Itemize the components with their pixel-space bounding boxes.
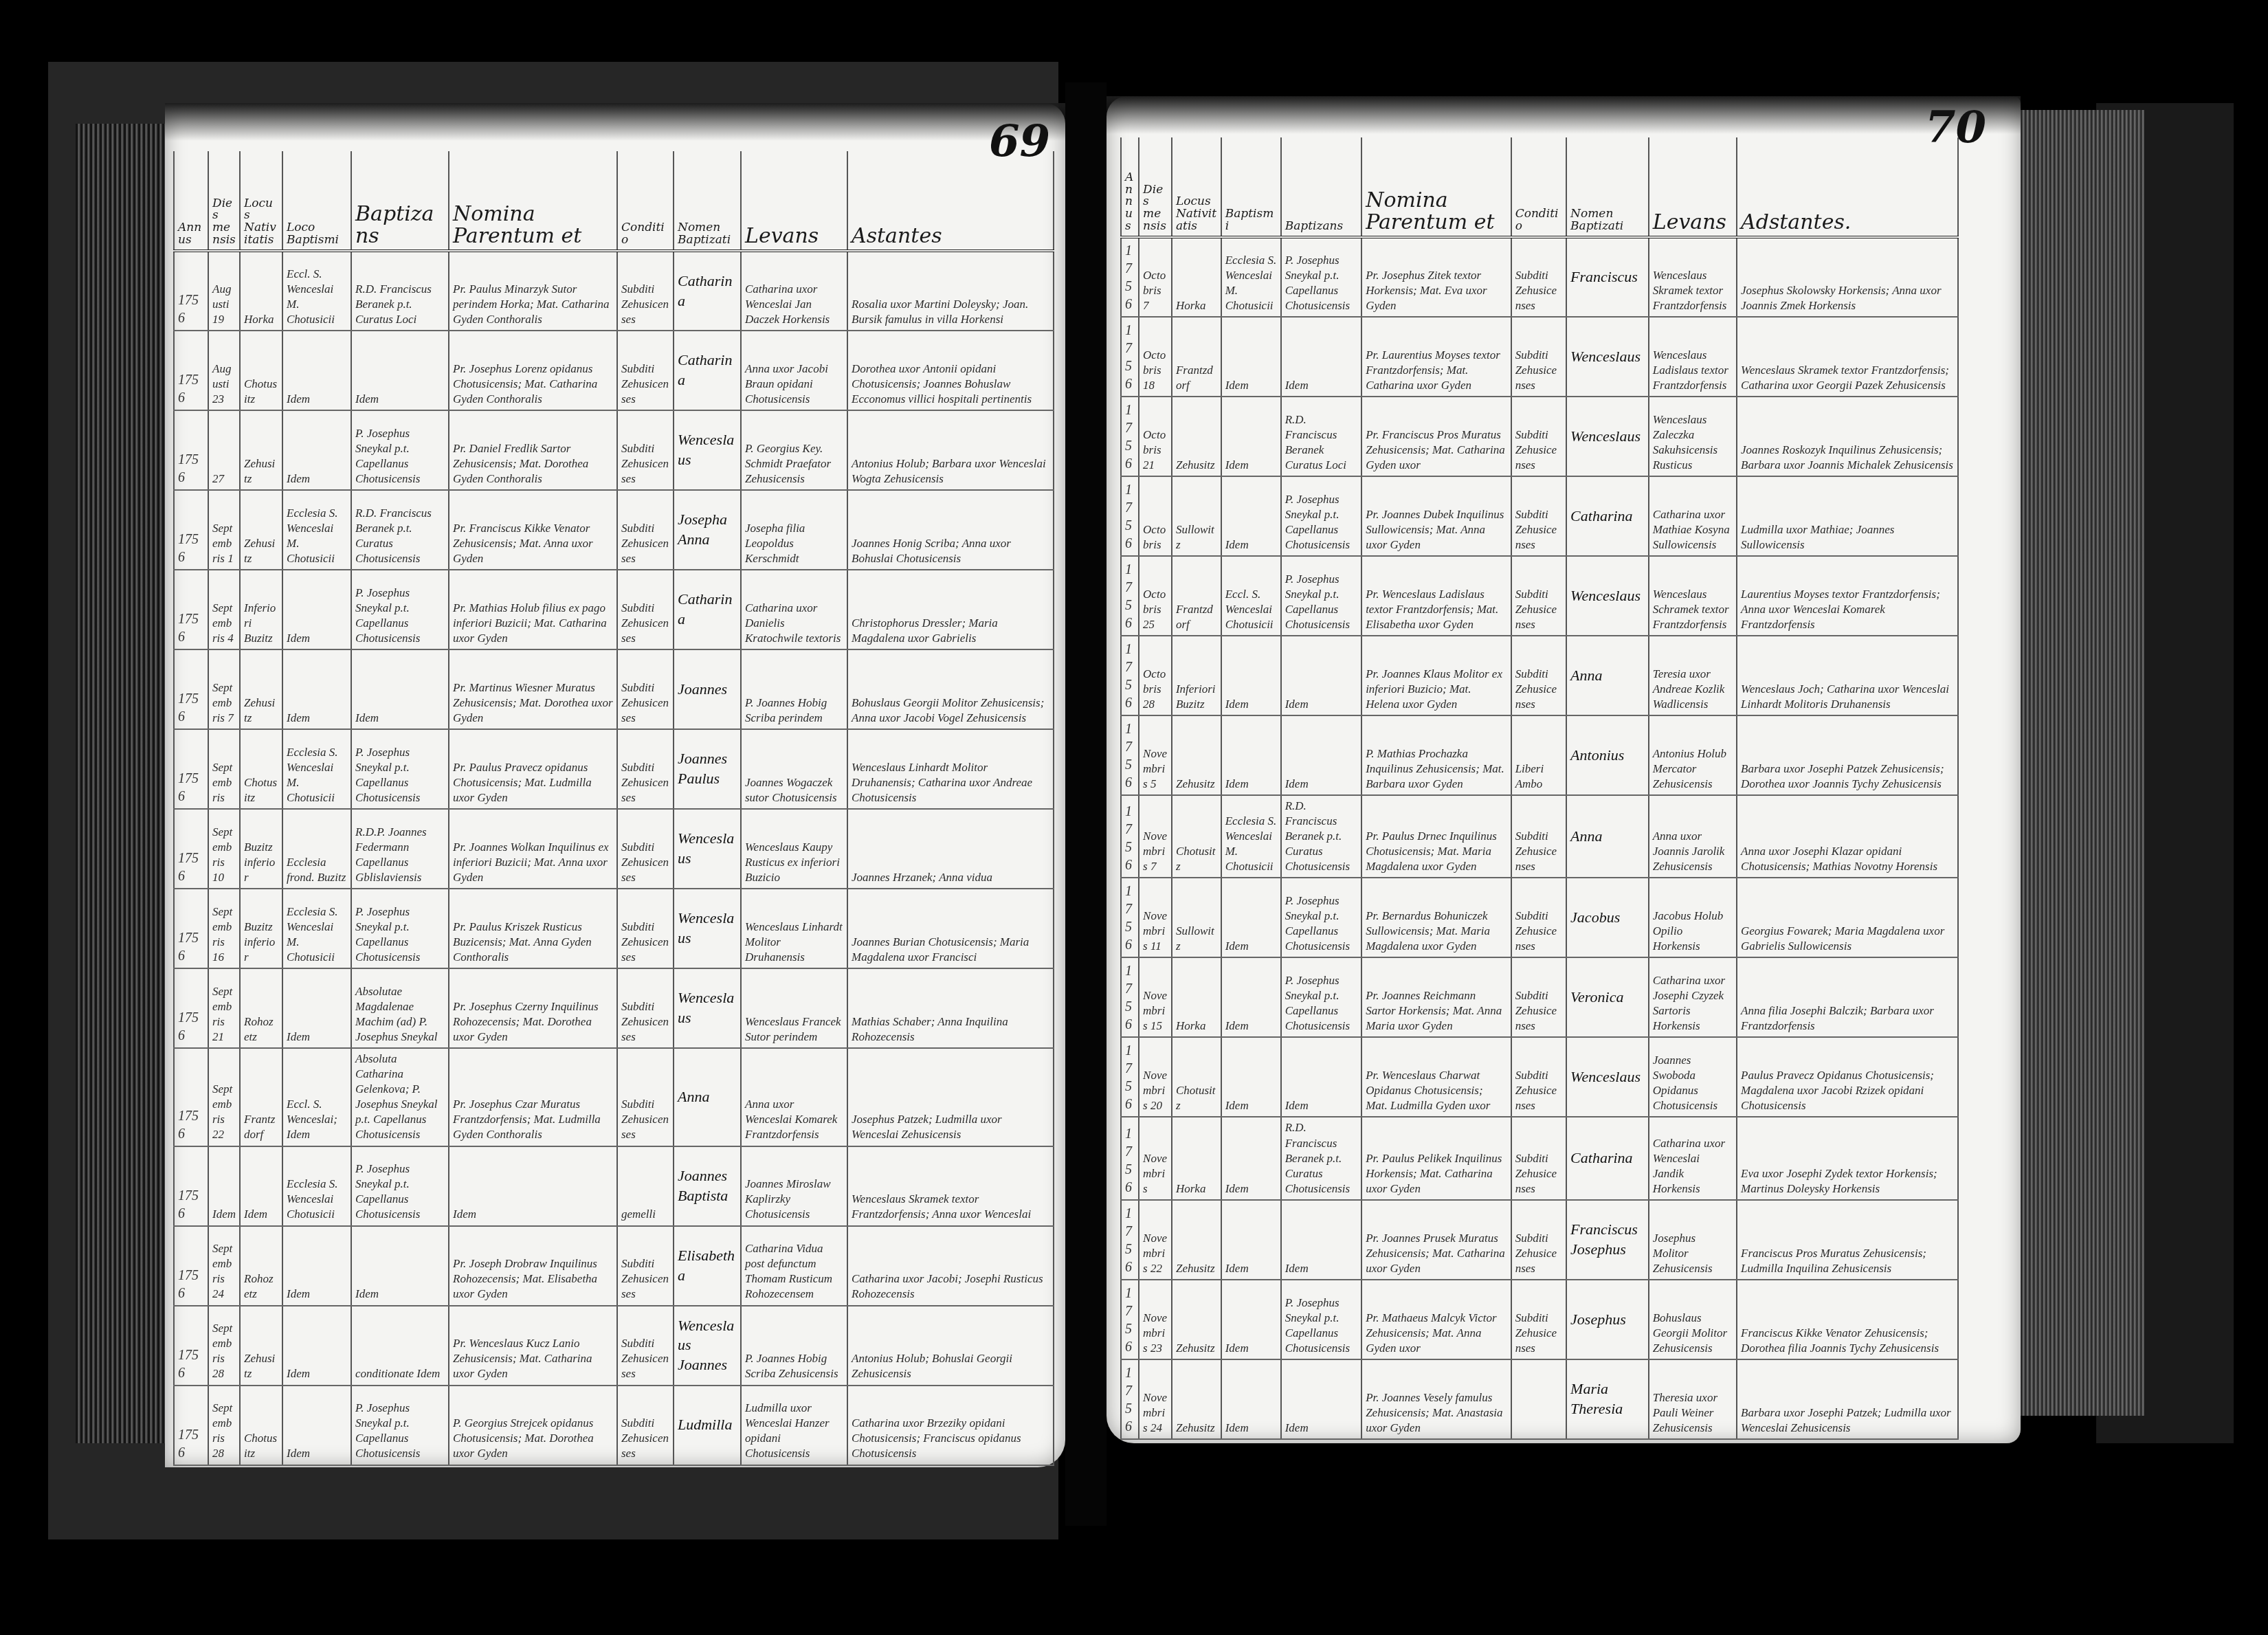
year-cell: 1756 — [174, 889, 208, 968]
birthplace-cell: Chotusitz — [1172, 795, 1221, 878]
godparent-cell: Catharina Vidua post defunctum Thomam Ru… — [741, 1226, 847, 1306]
table-row: 1756Septembris 22FrantzdorfEccl. S. Wenc… — [174, 1048, 1054, 1146]
table-row: 1756Septembris 10Buzitz inferiorEcclesia… — [174, 809, 1054, 889]
condition-cell: Subditi Zehusicenses — [617, 809, 674, 889]
year-cell: 1756 — [174, 1386, 208, 1465]
baptism-place-cell: Idem — [1221, 715, 1281, 795]
witnesses-cell: Mathias Schaber; Anna Inquilina Rohozece… — [847, 968, 1054, 1048]
table-row: 1756Octobris 7HorkaEcclesia S. Wenceslai… — [1121, 237, 1958, 317]
year-cell: 1756 — [174, 729, 208, 809]
birthplace-cell: Chotusitz — [1172, 1037, 1221, 1117]
witnesses-cell: Wenceslaus Linhardt Molitor Druhanensis;… — [847, 729, 1054, 809]
date-cell: Novembris 7 — [1139, 795, 1172, 878]
godparent-cell: Catharina uxor Danielis Kratochwile text… — [741, 570, 847, 649]
year-cell: 1756 — [1121, 1037, 1139, 1117]
godparent-cell: Theresia uxor Pauli Weiner Zehusicensis — [1649, 1359, 1737, 1439]
date-cell: Septembris 28 — [208, 1386, 240, 1465]
parents-cell: Pr. Joannes Vesely famulus Zehusicensis;… — [1361, 1359, 1511, 1439]
godparent-cell: P. Georgius Key. Schmidt Praefator Zehus… — [741, 410, 847, 490]
year-cell: 1756 — [174, 1306, 208, 1386]
child-name-cell: Anna — [1566, 636, 1649, 715]
year-cell: 1756 — [174, 331, 208, 410]
birthplace-cell: Horka — [1172, 1117, 1221, 1199]
year-cell: 1756 — [174, 410, 208, 490]
date-cell: Octobris 18 — [1139, 317, 1172, 397]
table-row: 1756SeptembrisChotusitzEcclesia S. Wence… — [174, 729, 1054, 809]
header-baptizans: Baptizans — [351, 151, 449, 251]
condition-cell: Subditi Zehusicenses — [617, 1048, 674, 1146]
year-cell: 1756 — [1121, 1359, 1139, 1439]
godparent-cell: Wenceslaus Kaupy Rusticus ex inferiori B… — [741, 809, 847, 889]
godparent-cell: Antonius Holub Mercator Zehusicensis — [1649, 715, 1737, 795]
godparent-cell: Anna uxor Joannis Jarolik Zehusicensis — [1649, 795, 1737, 878]
godparent-cell: P. Joannes Hobig Scriba perindem — [741, 649, 847, 729]
godparent-cell: Joannes Wogaczek sutor Chotusicensis — [741, 729, 847, 809]
baptism-place-cell: Idem — [282, 968, 351, 1048]
condition-cell: Subditi Zehusicenses — [617, 410, 674, 490]
year-cell: 1756 — [1121, 1200, 1139, 1280]
child-name-cell: Wenceslaus Joannes — [674, 1306, 741, 1386]
baptism-place-cell: Idem — [282, 1386, 351, 1465]
godparent-cell: Catharina uxor Wenceslai Jandik Horkensi… — [1649, 1117, 1737, 1199]
condition-cell: Subditi Zehusicenses — [617, 570, 674, 649]
birthplace-cell: Chotusitz — [240, 331, 282, 410]
parents-cell: Pr. Josephus Lorenz opidanus Chotusicens… — [449, 331, 617, 410]
witnesses-cell: Barbara uxor Josephi Patzek Zehusicensis… — [1737, 715, 1958, 795]
birthplace-cell: Zehusitz — [240, 490, 282, 570]
condition-cell: Subditi Zehusicenses — [617, 1226, 674, 1306]
table-row: 1756Octobris 25FrantzdorfEccl. S. Wences… — [1121, 556, 1958, 636]
baptizer-cell: P. Josephus Sneykal p.t. Capellanus Chot… — [1281, 556, 1361, 636]
date-cell: Septembris 28 — [208, 1306, 240, 1386]
baptism-place-cell: Ecclesia S. Wenceslai M. Chotusicii — [282, 490, 351, 570]
child-name-cell: Catharina — [674, 331, 741, 410]
header-conditio: Conditio — [617, 151, 674, 251]
godparent-cell: Catharina uxor Josephi Czyzek Sartoris H… — [1649, 957, 1737, 1037]
birthplace-cell: Zehusitz — [1172, 1280, 1221, 1359]
table-row: 1756Novembris 22ZehusitzIdemIdemPr. Joan… — [1121, 1200, 1958, 1280]
condition-cell: Subditi Zehusicenses — [1511, 317, 1566, 397]
parents-cell: Idem — [449, 1146, 617, 1226]
witnesses-cell: Anna uxor Josephi Klazar opidani Chotusi… — [1737, 795, 1958, 878]
baptism-place-cell: Idem — [1221, 957, 1281, 1037]
baptizer-cell: Absoluta Catharina Gelenkova; P. Josephu… — [351, 1048, 449, 1146]
table-row: 1756Augusti 23ChotusitzIdemIdemPr. Josep… — [174, 331, 1054, 410]
parents-cell: Pr. Paulus Minarzyk Sutor perindem Horka… — [449, 251, 617, 331]
table-row: 1756Augusti 19HorkaEccl. S. Wenceslai M.… — [174, 251, 1054, 331]
child-name-cell: Franciscus — [1566, 237, 1649, 317]
parents-cell: Pr. Paulus Drnec Inquilinus Chotusicensi… — [1361, 795, 1511, 878]
birthplace-cell: Frantzdorf — [240, 1048, 282, 1146]
date-cell: Septembris 4 — [208, 570, 240, 649]
condition-cell: Subditi Zehusicenses — [1511, 636, 1566, 715]
witnesses-cell: Dorothea uxor Antonii opidani Chotusicen… — [847, 331, 1054, 410]
witnesses-cell: Laurentius Moyses textor Frantzdorfensis… — [1737, 556, 1958, 636]
date-cell: Augusti 23 — [208, 331, 240, 410]
table-row: 1756Novembris 20ChotusitzIdemIdemPr. Wen… — [1121, 1037, 1958, 1117]
page-edges-right — [2014, 110, 2144, 1416]
date-cell: Septembris 24 — [208, 1226, 240, 1306]
witnesses-cell: Catharina uxor Brzeziky opidani Chotusic… — [847, 1386, 1054, 1465]
parents-cell: Pr. Mathias Holub filius ex pago inferio… — [449, 570, 617, 649]
condition-cell: Subditi Zehusicenses — [1511, 1037, 1566, 1117]
parents-cell: Pr. Paulus Pravecz opidanus Chotusicensi… — [449, 729, 617, 809]
parents-cell: Pr. Joannes Klaus Molitor ex inferiori B… — [1361, 636, 1511, 715]
birthplace-cell: Horka — [240, 251, 282, 331]
witnesses-cell: Wenceslaus Skramek textor Frantzdorfensi… — [1737, 317, 1958, 397]
witnesses-cell: Ludmilla uxor Mathiae; Joannes Sullowice… — [1737, 476, 1958, 556]
child-name-cell: Anna — [1566, 795, 1649, 878]
page-edges-left — [76, 124, 165, 1443]
witnesses-cell: Antonius Holub; Barbara uxor Wenceslai W… — [847, 410, 1054, 490]
godparent-cell: Josepha filia Leopoldus Kerschmidt — [741, 490, 847, 570]
godparent-cell: Wenceslaus Linhardt Molitor Druhanensis — [741, 889, 847, 968]
child-name-cell: Anna — [674, 1048, 741, 1146]
date-cell: Septembris 10 — [208, 809, 240, 889]
baptism-place-cell: Idem — [1221, 1200, 1281, 1280]
parents-cell: Pr. Paulus Kriszek Rusticus Buzicensis; … — [449, 889, 617, 968]
date-cell: Septembris 21 — [208, 968, 240, 1048]
godparent-cell: Ludmilla uxor Wenceslai Hanzer opidani C… — [741, 1386, 847, 1465]
year-cell: 1756 — [174, 968, 208, 1048]
register-page-right: 70 Annus Dies mensis Locus Nativitatis B… — [1107, 96, 2021, 1443]
header-locus-baptismi: Baptismi — [1221, 137, 1281, 237]
year-cell: 1756 — [1121, 556, 1139, 636]
child-name-cell: Wenceslaus — [1566, 317, 1649, 397]
condition-cell: Subditi Zehusicenses — [617, 889, 674, 968]
date-cell: Octobris 21 — [1139, 397, 1172, 476]
condition-cell: Subditi Zehusicenses — [1511, 237, 1566, 317]
year-cell: 1756 — [1121, 397, 1139, 476]
godparent-cell: P. Joannes Hobig Scriba Zehusicensis — [741, 1306, 847, 1386]
birthplace-cell: Horka — [1172, 957, 1221, 1037]
parents-cell: Pr. Paulus Pelikek Inquilinus Horkensis;… — [1361, 1117, 1511, 1199]
witnesses-cell: Georgius Fowarek; Maria Magdalena uxor G… — [1737, 878, 1958, 957]
date-cell: Septembris 7 — [208, 649, 240, 729]
header-locus-nativitatis: Locus Nativitatis — [240, 151, 282, 251]
child-name-cell: Catharina — [674, 570, 741, 649]
baptism-place-cell: Idem — [1221, 878, 1281, 957]
condition-cell: Subditi Zehusicenses — [617, 729, 674, 809]
baptism-place-cell: Ecclesia S. Wenceslai M. Chotusicii — [1221, 237, 1281, 317]
year-cell: 1756 — [1121, 795, 1139, 878]
header-nomina-parentum: Nomina Parentum et — [1361, 137, 1511, 237]
birthplace-cell: Zehusitz — [1172, 1359, 1221, 1439]
birthplace-cell: Zehusitz — [240, 1306, 282, 1386]
baptizer-cell: Idem — [1281, 1037, 1361, 1117]
godparent-cell: Catharina uxor Mathiae Kosyna Sullowicen… — [1649, 476, 1737, 556]
baptism-place-cell: Idem — [1221, 1280, 1281, 1359]
witnesses-cell: Joannes Burian Chotusicensis; Maria Magd… — [847, 889, 1054, 968]
condition-cell: Subditi Zehusicenses — [1511, 957, 1566, 1037]
witnesses-cell: Christophorus Dressler; Maria Magdalena … — [847, 570, 1054, 649]
baptism-place-cell: Ecclesia S. Wenceslai M. Chotusicii — [1221, 795, 1281, 878]
baptizer-cell: Idem — [1281, 317, 1361, 397]
header-locus-nativitatis: Locus Nativitatis — [1172, 137, 1221, 237]
godparent-cell: Joannes Miroslaw Kaplirzky Chotusicensis — [741, 1146, 847, 1226]
table-row: 1756Novembris 23ZehusitzIdemP. Josephus … — [1121, 1280, 1958, 1359]
parents-cell: Pr. Joannes Dubek Inquilinus Sullowicens… — [1361, 476, 1511, 556]
condition-cell: Subditi Zehusicenses — [1511, 1200, 1566, 1280]
godparent-cell: Wenceslaus Ladislaus textor Frantzdorfen… — [1649, 317, 1737, 397]
baptizer-cell: P. Josephus Sneykal p.t. Capellanus Chot… — [351, 889, 449, 968]
date-cell: Novembris 22 — [1139, 1200, 1172, 1280]
child-name-cell: Franciscus Josephus — [1566, 1200, 1649, 1280]
witnesses-cell: Wenceslaus Skramek textor Frantzdorfensi… — [847, 1146, 1054, 1226]
baptism-register-table: Annus Dies mensis Locus Nativitatis Bapt… — [1120, 137, 1959, 1440]
date-cell: Novembris 20 — [1139, 1037, 1172, 1117]
parents-cell: Pr. Franciscus Kikke Venator Zehusicensi… — [449, 490, 617, 570]
birthplace-cell: Sullowitz — [1172, 878, 1221, 957]
baptizer-cell: P. Josephus Sneykal p.t. Capellanus Chot… — [1281, 957, 1361, 1037]
baptizer-cell: P. Josephus Sneykal p.t. Capellanus Chot… — [351, 1386, 449, 1465]
table-row: 1756Septembris 4Inferiori BuzitzIdemP. J… — [174, 570, 1054, 649]
baptizer-cell: P. Josephus Sneykal p.t. Capellanus Chot… — [351, 570, 449, 649]
baptizer-cell: Idem — [1281, 1200, 1361, 1280]
parents-cell: Pr. Mathaeus Malcyk Victor Zehusicensis;… — [1361, 1280, 1511, 1359]
godparent-cell: Teresia uxor Andreae Kozlik Wadlicensis — [1649, 636, 1737, 715]
child-name-cell: Jacobus — [1566, 878, 1649, 957]
birthplace-cell: Horka — [1172, 237, 1221, 317]
header-baptizans: Baptizans — [1281, 137, 1361, 237]
header-dies-mensis: Dies mensis — [208, 151, 240, 251]
baptism-place-cell: Idem — [282, 331, 351, 410]
godparent-cell: Jacobus Holub Opilio Horkensis — [1649, 878, 1737, 957]
year-cell: 1756 — [174, 1226, 208, 1306]
parents-cell: Pr. Wenceslaus Charwat Opidanus Chotusic… — [1361, 1037, 1511, 1117]
register-rows: 1756Augusti 19HorkaEccl. S. Wenceslai M.… — [174, 251, 1054, 1465]
table-row: 1756Novembris 7ChotusitzEcclesia S. Wenc… — [1121, 795, 1958, 878]
year-cell: 1756 — [174, 1146, 208, 1226]
baptism-place-cell: Idem — [1221, 1037, 1281, 1117]
header-row: Annus Dies mensis Locus Nativitatis Bapt… — [1121, 137, 1958, 237]
witnesses-cell: Anna filia Josephi Balczik; Barbara uxor… — [1737, 957, 1958, 1037]
parents-cell: Pr. Joannes Reichmann Sartor Horkensis; … — [1361, 957, 1511, 1037]
date-cell: Novembris — [1139, 1117, 1172, 1199]
condition-cell: Subditi Zehusicenses — [617, 649, 674, 729]
child-name-cell: Catharina — [674, 251, 741, 331]
witnesses-cell: Joannes Honig Scriba; Anna uxor Bohuslai… — [847, 490, 1054, 570]
witnesses-cell: Bohuslaus Georgii Molitor Zehusicensis; … — [847, 649, 1054, 729]
child-name-cell: Wenceslaus — [674, 809, 741, 889]
baptizer-cell: conditionate Idem — [351, 1306, 449, 1386]
baptism-place-cell: Idem — [282, 410, 351, 490]
godparent-cell: Wenceslaus Francek Sutor perindem — [741, 968, 847, 1048]
year-cell: 1756 — [174, 251, 208, 331]
birthplace-cell: Chotusitz — [240, 1386, 282, 1465]
table-row: 1756Octobris 21ZehusitzIdemR.D. Francisc… — [1121, 397, 1958, 476]
parents-cell: Pr. Wenceslaus Ladislaus textor Frantzdo… — [1361, 556, 1511, 636]
baptism-place-cell: Eccl. S. Wenceslai; Idem — [282, 1048, 351, 1146]
godparent-cell: Wenceslaus Zaleczka Sakuhsicensis Rustic… — [1649, 397, 1737, 476]
register-rows: 1756Octobris 7HorkaEcclesia S. Wenceslai… — [1121, 237, 1958, 1439]
condition-cell: Subditi Zehusicenses — [1511, 1280, 1566, 1359]
condition-cell: gemelli — [617, 1146, 674, 1226]
table-row: 1756Septembris 24RohozetzIdemIdemPr. Jos… — [174, 1226, 1054, 1306]
birthplace-cell: Frantzdorf — [1172, 556, 1221, 636]
date-cell: Septembris — [208, 729, 240, 809]
header-annus: Annus — [1121, 137, 1139, 237]
table-row: 1756Septembris 16Buzitz inferiorEcclesia… — [174, 889, 1054, 968]
table-row: 1756Novembris 15HorkaIdemP. Josephus Sne… — [1121, 957, 1958, 1037]
year-cell: 1756 — [174, 809, 208, 889]
baptizer-cell: P. Josephus Sneykal p.t. Capellanus Chot… — [351, 729, 449, 809]
birthplace-cell: Zehusitz — [1172, 397, 1221, 476]
condition-cell: Subditi Zehusicenses — [617, 1386, 674, 1465]
table-row: 1756Septembris 21RohozetzIdemAbsolutae M… — [174, 968, 1054, 1048]
date-cell: Octobris 28 — [1139, 636, 1172, 715]
date-cell: Idem — [208, 1146, 240, 1226]
birthplace-cell: Zehusitz — [1172, 715, 1221, 795]
baptism-place-cell: Idem — [1221, 636, 1281, 715]
baptism-place-cell: Eccl. S. Wenceslai Chotusicii — [1221, 556, 1281, 636]
baptizer-cell: R.D. Franciscus Beranek p.t. Curatus Cho… — [1281, 795, 1361, 878]
table-row: 175627ZehusitzIdemP. Josephus Sneykal p.… — [174, 410, 1054, 490]
baptizer-cell: P. Josephus Sneykal p.t. Capellanus Chot… — [351, 1146, 449, 1226]
book-gutter — [1065, 82, 1107, 1526]
header-annus: Annus — [174, 151, 208, 251]
condition-cell: Liberi Ambo — [1511, 715, 1566, 795]
baptism-register-table: Annus Dies mensis Locus Nativitatis Loco… — [173, 151, 1054, 1466]
condition-cell: Subditi Zehusicenses — [617, 251, 674, 331]
child-name-cell: Josephus — [1566, 1280, 1649, 1359]
witnesses-cell: Wenceslaus Joch; Catharina uxor Wencesla… — [1737, 636, 1958, 715]
child-name-cell: Maria Theresia — [1566, 1359, 1649, 1439]
parents-cell: Pr. Joseph Drobraw Inquilinus Rohozecens… — [449, 1226, 617, 1306]
baptizer-cell: R.D. Franciscus Beranek Curatus Loci — [1281, 397, 1361, 476]
birthplace-cell: Zehusitz — [240, 410, 282, 490]
parents-cell: Pr. Laurentius Moyses textor Frantzdorfe… — [1361, 317, 1511, 397]
baptism-place-cell: Idem — [282, 1306, 351, 1386]
baptizer-cell: P. Josephus Sneykal p.t. Capellanus Chot… — [1281, 237, 1361, 317]
table-row: 1756Septembris 7ZehusitzIdemIdemPr. Mart… — [174, 649, 1054, 729]
baptizer-cell: Absolutae Magdalenae Machim (ad) P. Jose… — [351, 968, 449, 1048]
year-cell: 1756 — [1121, 715, 1139, 795]
birthplace-cell: Buzitz inferior — [240, 889, 282, 968]
birthplace-cell: Sullowitz — [1172, 476, 1221, 556]
condition-cell: Subditi Zehusicenses — [617, 968, 674, 1048]
godparent-cell: Josephus Molitor Zehusicensis — [1649, 1200, 1737, 1280]
table-row: 1756Septembris 28ChotusitzIdemP. Josephu… — [174, 1386, 1054, 1465]
year-cell: 1756 — [174, 570, 208, 649]
year-cell: 1756 — [1121, 636, 1139, 715]
baptizer-cell: R.D.P. Joannes Federmann Capellanus Gbli… — [351, 809, 449, 889]
header-locus-baptismi: Loco Baptismi — [282, 151, 351, 251]
birthplace-cell: Idem — [240, 1146, 282, 1226]
child-name-cell: Wenceslaus — [674, 889, 741, 968]
baptism-place-cell: Ecclesia frond. Buzitz — [282, 809, 351, 889]
child-name-cell: Joannes — [674, 649, 741, 729]
baptizer-cell: Idem — [1281, 636, 1361, 715]
birthplace-cell: Frantzdorf — [1172, 317, 1221, 397]
year-cell: 1756 — [1121, 957, 1139, 1037]
child-name-cell: Wenceslaus — [674, 410, 741, 490]
header-astantes: Astantes — [847, 151, 1054, 251]
baptizer-cell: R.D. Franciscus Beranek p.t. Curatus Cho… — [1281, 1117, 1361, 1199]
condition-cell — [1511, 1359, 1566, 1439]
table-row: 1756IdemIdemEcclesia S. Wenceslai Chotus… — [174, 1146, 1054, 1226]
godparent-cell: Wenceslaus Schramek textor Frantzdorfens… — [1649, 556, 1737, 636]
child-name-cell: Catharina — [1566, 476, 1649, 556]
godparent-cell: Anna uxor Jacobi Braun opidani Chotusice… — [741, 331, 847, 410]
table-row: 1756Octobris 18FrantzdorfIdemIdemPr. Lau… — [1121, 317, 1958, 397]
child-name-cell: Josepha Anna — [674, 490, 741, 570]
baptizer-cell: R.D. Franciscus Beranek p.t. Curatus Cho… — [351, 490, 449, 570]
parents-cell: Pr. Bernardus Bohuniczek Sullowicensis; … — [1361, 878, 1511, 957]
header-conditio: Conditio — [1511, 137, 1566, 237]
child-name-cell: Wenceslaus — [1566, 1037, 1649, 1117]
birthplace-cell: Zehusitz — [240, 649, 282, 729]
baptizer-cell: P. Josephus Sneykal p.t. Capellanus Chot… — [351, 410, 449, 490]
header-nomen-baptizati: Nomen Baptizati — [1566, 137, 1649, 237]
witnesses-cell: Rosalia uxor Martini Doleysky; Joan. Bur… — [847, 251, 1054, 331]
condition-cell: Subditi Zehusicenses — [617, 1306, 674, 1386]
child-name-cell: Antonius — [1566, 715, 1649, 795]
date-cell: Novembris 24 — [1139, 1359, 1172, 1439]
condition-cell: Subditi Zehusicenses — [1511, 556, 1566, 636]
year-cell: 1756 — [1121, 476, 1139, 556]
year-cell: 1756 — [1121, 878, 1139, 957]
child-name-cell: Catharina — [1566, 1117, 1649, 1199]
year-cell: 1756 — [174, 1048, 208, 1146]
witnesses-cell: Paulus Pravecz Opidanus Chotusicensis; M… — [1737, 1037, 1958, 1117]
witnesses-cell: Antonius Holub; Bohuslai Georgii Zehusic… — [847, 1306, 1054, 1386]
child-name-cell: Joannes Baptista — [674, 1146, 741, 1226]
godparent-cell: Catharina uxor Wenceslai Jan Daczek Hork… — [741, 251, 847, 331]
witnesses-cell: Eva uxor Josephi Zydek textor Horkensis;… — [1737, 1117, 1958, 1199]
baptizer-cell: P. Josephus Sneykal p.t. Capellanus Chot… — [1281, 878, 1361, 957]
table-row: 1756Septembris 28ZehusitzIdemconditionat… — [174, 1306, 1054, 1386]
year-cell: 1756 — [1121, 1280, 1139, 1359]
witnesses-cell: Joannes Hrzanek; Anna vidua — [847, 809, 1054, 889]
date-cell: 27 — [208, 410, 240, 490]
condition-cell: Subditi Zehusicenses — [1511, 795, 1566, 878]
header-nomen-baptizati: Nomen Baptizati — [674, 151, 741, 251]
baptism-place-cell: Idem — [282, 649, 351, 729]
birthplace-cell: Buzitz inferior — [240, 809, 282, 889]
godparent-cell: Bohuslaus Georgii Molitor Zehusicensis — [1649, 1280, 1737, 1359]
parents-cell: Pr. Josephus Czar Muratus Frantzdorfensi… — [449, 1048, 617, 1146]
year-cell: 1756 — [174, 649, 208, 729]
baptism-place-cell: Eccl. S. Wenceslai M. Chotusicii — [282, 251, 351, 331]
condition-cell: Subditi Zehusicenses — [1511, 476, 1566, 556]
baptizer-cell: Idem — [1281, 715, 1361, 795]
parents-cell: Pr. Joannes Prusek Muratus Zehusicensis;… — [1361, 1200, 1511, 1280]
godparent-cell: Anna uxor Wenceslai Komarek Frantzdorfen… — [741, 1048, 847, 1146]
header-nomina-parentum: Nomina Parentum et — [449, 151, 617, 251]
date-cell: Augusti 19 — [208, 251, 240, 331]
birthplace-cell: Chotusitz — [240, 729, 282, 809]
date-cell: Octobris — [1139, 476, 1172, 556]
parents-cell: Pr. Joannes Wolkan Inquilinus ex inferio… — [449, 809, 617, 889]
baptism-place-cell: Idem — [282, 1226, 351, 1306]
witnesses-cell: Barbara uxor Josephi Patzek; Ludmilla ux… — [1737, 1359, 1958, 1439]
parents-cell: P. Mathias Prochazka Inquilinus Zehusice… — [1361, 715, 1511, 795]
date-cell: Novembris 5 — [1139, 715, 1172, 795]
baptizer-cell: R.D. Franciscus Beranek p.t. Curatus Loc… — [351, 251, 449, 331]
parents-cell: Pr. Franciscus Pros Muratus Zehusicensis… — [1361, 397, 1511, 476]
condition-cell: Subditi Zehusicenses — [1511, 1117, 1566, 1199]
condition-cell: Subditi Zehusicenses — [1511, 397, 1566, 476]
baptism-place-cell: Idem — [1221, 1117, 1281, 1199]
year-cell: 1756 — [1121, 317, 1139, 397]
date-cell: Octobris 7 — [1139, 237, 1172, 317]
year-cell: 1756 — [174, 490, 208, 570]
table-row: 1756Novembris 5ZehusitzIdemIdemP. Mathia… — [1121, 715, 1958, 795]
page-shadow — [1107, 96, 2021, 134]
table-row: 1756Novembris 11SullowitzIdemP. Josephus… — [1121, 878, 1958, 957]
table-row: 1756Novembris 24ZehusitzIdemIdemPr. Joan… — [1121, 1359, 1958, 1439]
